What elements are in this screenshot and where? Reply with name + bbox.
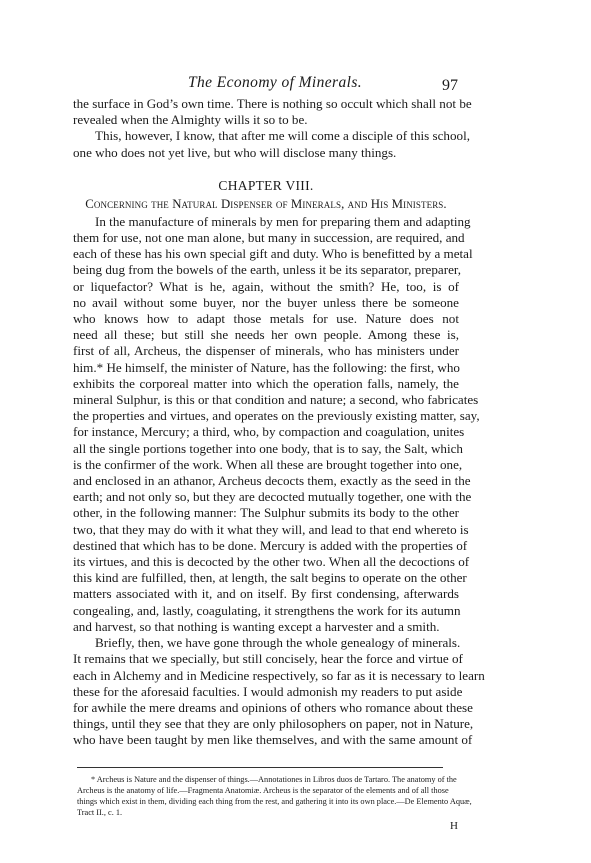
text-line: It remains that we specially, but still … [73, 651, 459, 667]
text-line: and harvest, so that nothing is wanting … [73, 619, 459, 635]
text-line: for awhile the mere dreams and opinions … [73, 700, 459, 716]
footnote-line: Archeus is the anatomy of life.—Fragment… [77, 785, 443, 796]
paragraph: the surface in God’s own time. There is … [73, 96, 459, 128]
text-line: the properties and virtues, and operates… [73, 408, 459, 424]
text-line: its virtues, and this is decocted by the… [73, 554, 459, 570]
text-line: earth; and not only so, but they are dec… [73, 489, 459, 505]
chapter-heading: CHAPTER VIII. [73, 177, 459, 195]
text-line: the surface in God’s own time. There is … [73, 96, 459, 112]
running-head: The Economy of Minerals. 97 [72, 70, 460, 92]
chapter-subtitle: Concerning the Natural Dispenser of Mine… [73, 195, 459, 213]
text-line: him.* He himself, the minister of Nature… [73, 360, 459, 376]
footnote-line: * Archeus is Nature and the dispenser of… [77, 774, 443, 785]
text-line: this kind are fulfilled, then, at length… [73, 570, 459, 586]
text-line: destined that which has to be done. Merc… [73, 538, 459, 554]
text-line: being dug from the bowels of the earth, … [73, 262, 459, 278]
text-line: revealed when the Almighty wills it so t… [73, 112, 459, 128]
text-line: Briefly, then, we have gone through the … [73, 635, 459, 651]
paragraph: In the manufacture of minerals by men fo… [73, 214, 459, 635]
text-line: congealing, and, lastly, coagulating, it… [73, 603, 459, 619]
text-line: and enclosed in an athanor, Archeus deco… [73, 473, 459, 489]
text-line: things, until they see that they are onl… [73, 716, 459, 732]
footnote-line: things which exist in them, dividing eac… [77, 796, 443, 807]
body-text: the surface in God’s own time. There is … [73, 96, 459, 749]
text-line: for instance, Mercury; a third, who, by … [73, 424, 459, 440]
text-line: these for the aforesaid faculties. I wou… [73, 684, 459, 700]
paragraph: This, however, I know, that after me wil… [73, 128, 459, 160]
paragraph: Briefly, then, we have gone through the … [73, 635, 459, 748]
text-line: is the confirmer of the work. When all t… [73, 457, 459, 473]
text-line: other, in the following manner: The Sulp… [73, 505, 459, 521]
text-line: all the single portions together into on… [73, 441, 459, 457]
text-line: who have been taught by men like themsel… [73, 732, 459, 748]
text-line: one who does not yet live, but who will … [73, 145, 459, 161]
text-line: mineral Sulphur, is this or that conditi… [73, 392, 459, 408]
text-line: who knows how to adapt those metals for … [73, 311, 459, 327]
text-line: them for use, not one man alone, but man… [73, 230, 459, 246]
text-line: matters associated with it, and on itsel… [73, 586, 459, 602]
signature-mark: H [450, 820, 458, 832]
text-line: each in Alchemy and in Medicine respecti… [73, 668, 459, 684]
text-line: exhibits the corporeal matter into which… [73, 376, 459, 392]
text-line: two, that they may do with it what they … [73, 522, 459, 538]
running-title: The Economy of Minerals. [188, 74, 362, 92]
text-line: each of these has his own special gift a… [73, 246, 459, 262]
text-line: This, however, I know, that after me wil… [73, 128, 459, 144]
text-line: or liquefactor? What is he, again, witho… [73, 279, 459, 295]
footnote-rule [77, 767, 443, 768]
text-line: need all these; but still she needs her … [73, 327, 459, 343]
page-number: 97 [442, 77, 458, 95]
book-page: The Economy of Minerals. 97 the surface … [0, 0, 591, 863]
text-line: first of all, Archeus, the dispenser of … [73, 343, 459, 359]
text-line: In the manufacture of minerals by men fo… [73, 214, 459, 230]
text-line: no avail without some buyer, nor the buy… [73, 295, 459, 311]
footnote-line: Tract II., c. 1. [77, 807, 443, 818]
footnote: * Archeus is Nature and the dispenser of… [77, 774, 443, 818]
